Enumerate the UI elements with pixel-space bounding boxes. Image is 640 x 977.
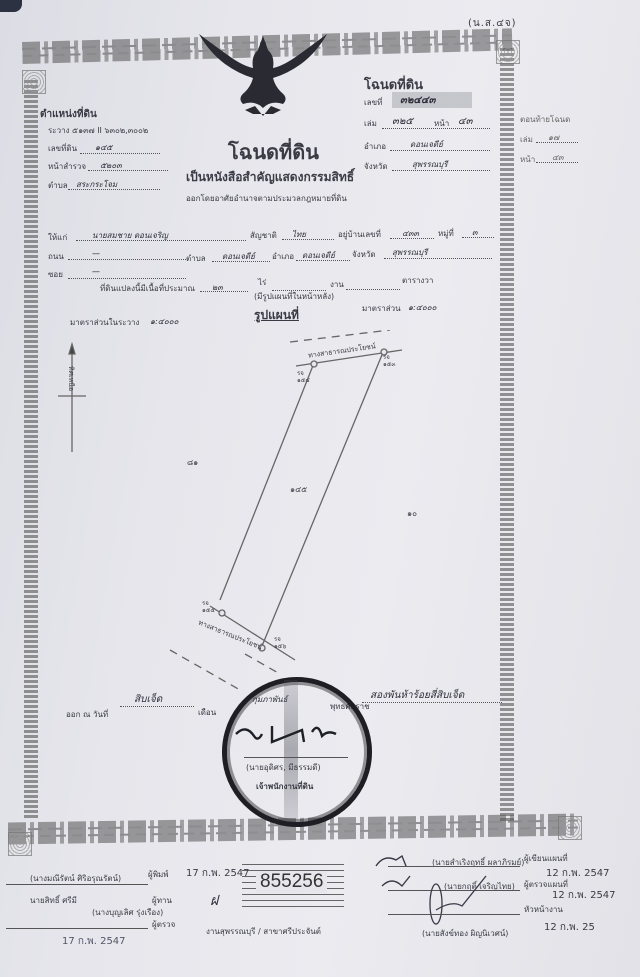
neighbor-right-number: ๑๐ bbox=[407, 507, 417, 520]
stake-marker: รจ๑๕๓ bbox=[383, 354, 395, 368]
border-corner-ornament bbox=[22, 70, 46, 94]
book-value: ๓๒๕ bbox=[392, 114, 413, 129]
garuda-emblem-icon bbox=[195, 26, 331, 118]
book-label: เล่ม bbox=[364, 117, 377, 130]
map-scale-label: มาตราส่วนในระวาง bbox=[70, 316, 139, 329]
official-signature bbox=[232, 712, 342, 752]
map-scale-value: ๑:๔๐๐๐ bbox=[150, 315, 178, 328]
handwritten-date: 17 ก.พ. 2547 bbox=[62, 934, 126, 949]
signer-1-line bbox=[6, 884, 148, 885]
right-signer-1-role: ผู้เขียนแผนที่ bbox=[524, 852, 568, 865]
right-signer-2-date: 12 ก.พ. 2547 bbox=[552, 888, 616, 903]
issued-day-value: สิบเจ็ด bbox=[134, 692, 162, 707]
north-label: ทิศเหนือ bbox=[66, 366, 77, 391]
map-sheet-ref: ระวาง ๕๑๓๗ II ๖๓๐๒,๓๐๐๒ bbox=[48, 124, 148, 137]
area-rai-unit: ไร่ bbox=[258, 276, 266, 289]
deed-number-value: ๓๒๔๔๓ bbox=[400, 93, 435, 108]
issued-date-label: ออก ณ วันที่ bbox=[66, 708, 108, 721]
area-wa-line bbox=[346, 289, 400, 290]
moo-label: หมู่ที่ bbox=[438, 227, 454, 240]
subdistrict-line bbox=[68, 189, 160, 190]
amphoe-line bbox=[296, 260, 350, 261]
decorative-border-right bbox=[500, 48, 514, 823]
area-rai-value: ๒๓ bbox=[212, 281, 223, 294]
stake-marker: รจ๑๕๔ bbox=[297, 370, 310, 384]
deed-number-label: เลขที่ bbox=[364, 96, 382, 109]
official-title: เจ้าพนักงานที่ดิน bbox=[256, 780, 313, 793]
land-location-heading: ตำแหน่งที่ดิน bbox=[40, 107, 97, 122]
book-page-line bbox=[382, 128, 490, 129]
right-signer-1-name: (นายสำเริงฤทธิ์ ผลาภิรมย์) bbox=[432, 856, 524, 869]
address-no-label: อยู่บ้านเลขที่ bbox=[338, 228, 381, 241]
border-corner-ornament bbox=[558, 816, 582, 840]
issued-year-line bbox=[362, 702, 502, 703]
deed-subtitle: เป็นหนังสือสำคัญแสดงกรรมสิทธิ์ bbox=[186, 168, 354, 187]
province-line bbox=[392, 170, 490, 171]
side-page-label: หน้า bbox=[520, 153, 535, 166]
decorative-border-left bbox=[24, 80, 38, 820]
area-note: (มีรูปแผนที่ในหน้าหลัง) bbox=[254, 290, 334, 303]
signer-3-line bbox=[6, 928, 148, 929]
province-owner-line bbox=[384, 258, 492, 259]
right-signer-1-line bbox=[388, 866, 520, 867]
signer-2-name: นายสิทธิ์ ศรีมี bbox=[30, 894, 77, 907]
stake-marker: รจ๑๕๕ bbox=[202, 600, 215, 614]
side-book-line bbox=[536, 142, 578, 143]
nationality-line bbox=[282, 239, 334, 240]
map-title: รูปแผนที่ bbox=[254, 306, 299, 325]
side-page-line bbox=[536, 162, 578, 163]
issued-day-line bbox=[120, 706, 194, 707]
page-value: ๔๓ bbox=[458, 114, 472, 129]
area-wa-unit: ตารางวา bbox=[402, 274, 433, 287]
official-name: (นายอุดิศร, มีธรรมดี) bbox=[246, 761, 321, 774]
neighbor-left-number: ๘๑ bbox=[187, 456, 198, 469]
parcel-no-label: เลขที่ดิน bbox=[48, 142, 77, 155]
road-label: ถนน bbox=[48, 250, 64, 263]
province-owner-label: จังหวัด bbox=[352, 248, 376, 261]
inspector-signature bbox=[422, 870, 492, 930]
side-book-label: เล่ม bbox=[520, 133, 533, 146]
side-box-title: ตอนท้ายโฉนด bbox=[520, 113, 570, 126]
parcel-no-line bbox=[80, 153, 160, 154]
province-label: จังหวัด bbox=[364, 160, 388, 173]
background-shadow bbox=[0, 0, 22, 12]
owner-label: ให้แก่ bbox=[48, 231, 67, 244]
border-corner-ornament bbox=[496, 40, 520, 64]
scale-value: ๑:๔๐๐๐ bbox=[408, 301, 436, 314]
nationality-label: สัญชาติ bbox=[250, 229, 277, 242]
district-line bbox=[390, 150, 490, 151]
owner-line bbox=[76, 240, 246, 241]
issued-year-value: สองพันห้าร้อยสี่สิบเจ็ด bbox=[370, 688, 464, 703]
clerk-initial: ฝ bbox=[210, 890, 218, 912]
signer-1-date: 17 ก.พ. 2547 bbox=[186, 866, 250, 881]
serial-number: 855256 bbox=[256, 871, 327, 893]
amphoe-label: อำเภอ bbox=[272, 250, 294, 263]
stake-marker: รจ๑๕๖ bbox=[274, 636, 286, 650]
soi-label: ซอย bbox=[48, 268, 63, 281]
right-signer-3-line bbox=[388, 914, 520, 915]
survey-page-line bbox=[88, 170, 168, 171]
border-corner-ornament bbox=[8, 832, 32, 856]
parcel-main-number: ๑๔๕ bbox=[290, 483, 307, 496]
district-label: อำเภอ bbox=[364, 140, 386, 153]
road-value: — bbox=[92, 249, 100, 258]
tambon-line bbox=[212, 261, 270, 262]
deed-title: โฉนดที่ดิน bbox=[228, 136, 319, 168]
survey-page-label: หน้าสำรวจ bbox=[48, 160, 86, 173]
subdistrict-label: ตำบล bbox=[48, 179, 68, 192]
moo-line bbox=[462, 237, 494, 238]
right-signer-3-role: หัวหน้างาน bbox=[524, 903, 563, 916]
issued-under-law: ออกโดยอาศัยอำนาจตามประมวลกฎหมายที่ดิน bbox=[186, 192, 347, 205]
soi-line bbox=[68, 278, 186, 279]
signature-line bbox=[244, 757, 348, 758]
right-signer-3-date: 12 ก.พ. 25 bbox=[544, 920, 595, 935]
area-rai-line bbox=[200, 291, 248, 292]
signer-1-role: ผู้พิมพ์ bbox=[148, 868, 169, 881]
land-office-name: งานสุพรรณบุรี / สาขาศรีประจันต์ bbox=[206, 925, 321, 938]
road-line bbox=[68, 259, 186, 260]
tambon-label: ตำบล bbox=[186, 252, 206, 265]
right-signer-3-name: (นายสังข์ทอง ผิญนิเวศน์) bbox=[422, 927, 508, 940]
soi-value: — bbox=[92, 267, 100, 276]
issued-month-label: เดือน bbox=[198, 706, 216, 719]
area-label: ที่ดินแปลงนี้มีเนื้อที่ประมาณ bbox=[100, 282, 195, 295]
signer-3-role: ผู้ตรวจ bbox=[152, 918, 175, 931]
address-no-line bbox=[390, 238, 434, 239]
scale-label: มาตราส่วน bbox=[362, 302, 401, 315]
